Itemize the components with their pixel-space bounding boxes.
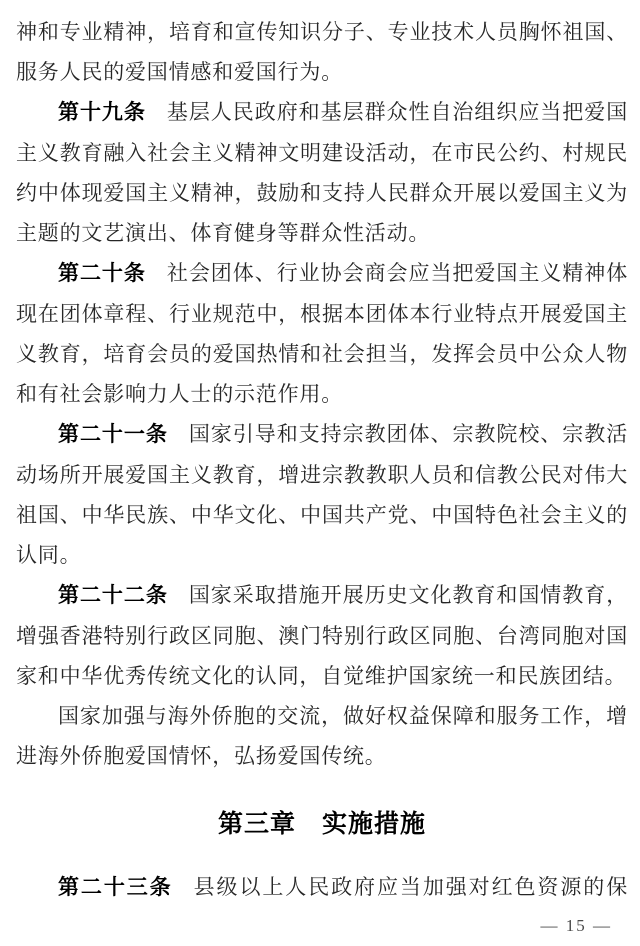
article-23-text: 县级以上人民政府应当加强对红色资源的保 (194, 875, 628, 899)
article-20-paragraph: 第二十条社会团体、行业协会商会应当把爱国主义精神体现在团体章程、行业规范中，根据… (16, 253, 628, 414)
article-21-paragraph: 第二十一条国家引导和支持宗教团体、宗教院校、宗教活动场所开展爱国主义教育，增进宗… (16, 414, 628, 575)
article-23-number: 第二十三条 (58, 876, 173, 899)
article-19-number: 第十九条 (58, 101, 146, 124)
article-22-paragraph: 第二十二条国家采取措施开展历史文化教育和国情教育，增强香港特别行政区同胞、澳门特… (16, 575, 628, 696)
article-23-paragraph: 第二十三条县级以上人民政府应当加强对红色资源的保 (16, 867, 628, 908)
article-19-paragraph: 第十九条基层人民政府和基层群众性自治组织应当把爱国主义教育融入社会主义精神文明建… (16, 92, 628, 253)
paragraph-continuation: 神和专业精神，培育和宣传知识分子、专业技术人员胸怀祖国、服务人民的爱国情感和爱国… (16, 12, 628, 92)
article-21-number: 第二十一条 (58, 423, 168, 446)
article-20-number: 第二十条 (58, 262, 146, 285)
article-22-number: 第二十二条 (58, 584, 168, 607)
page-number: — 15 — (0, 914, 640, 938)
document-body: 神和专业精神，培育和宣传知识分子、专业技术人员胸怀祖国、服务人民的爱国情感和爱国… (16, 12, 628, 776)
paragraph-overseas-compatriots: 国家加强与海外侨胞的交流，做好权益保障和服务工作，增进海外侨胞爱国情怀，弘扬爱国… (16, 696, 628, 776)
document-page: 神和专业精神，培育和宣传知识分子、专业技术人员胸怀祖国、服务人民的爱国情感和爱国… (0, 0, 640, 946)
chapter-heading: 第三章 实施措施 (16, 804, 628, 844)
